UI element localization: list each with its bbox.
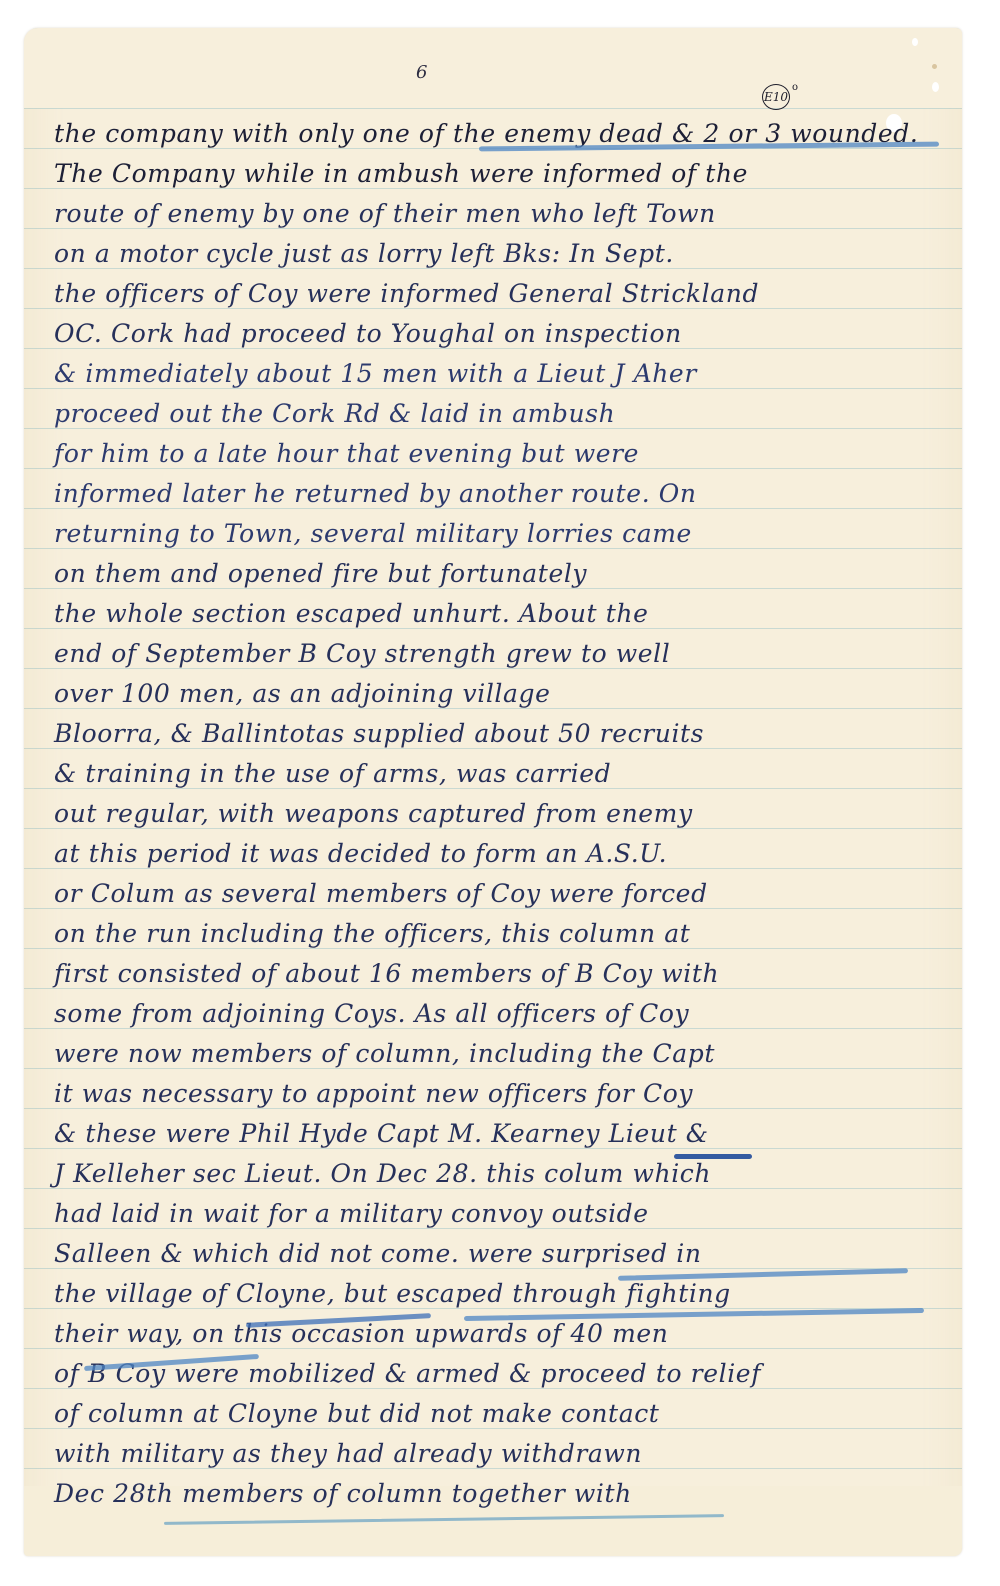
text-line: J Kelleher sec Lieut. On Dec 28. this co… bbox=[54, 1154, 944, 1194]
text-line: OC. Cork had proceed to Youghal on inspe… bbox=[54, 314, 944, 354]
text-line: proceed out the Cork Rd & laid in ambush bbox=[54, 394, 944, 434]
text-line: at this period it was decided to form an… bbox=[54, 834, 944, 874]
text-line: end of September B Coy strength grew to … bbox=[54, 634, 944, 674]
text-line: it was necessary to appoint new officers… bbox=[54, 1074, 944, 1114]
text-line: Salleen & which did not come. were surpr… bbox=[54, 1234, 944, 1274]
text-line: first consisted of about 16 members of B… bbox=[54, 954, 944, 994]
archive-reference-suffix: o bbox=[792, 82, 798, 93]
blue-underline bbox=[674, 1154, 752, 1159]
punch-hole-icon bbox=[912, 38, 918, 46]
handwritten-text-body: the company with only one of the enemy d… bbox=[54, 114, 944, 1514]
text-line: on the run including the officers, this … bbox=[54, 914, 944, 954]
text-line: on them and opened fire but fortunately bbox=[54, 554, 944, 594]
ink-stain bbox=[932, 64, 937, 69]
text-line: the whole section escaped unhurt. About … bbox=[54, 594, 944, 634]
text-line: & immediately about 15 men with a Lieut … bbox=[54, 354, 944, 394]
text-line: with military as they had already withdr… bbox=[54, 1434, 944, 1474]
text-line: for him to a late hour that evening but … bbox=[54, 434, 944, 474]
manuscript-page: 6 E10 o the company with only one of the… bbox=[24, 28, 962, 1556]
text-line: informed later he returned by another ro… bbox=[54, 474, 944, 514]
page-number: 6 bbox=[416, 62, 427, 83]
text-line: some from adjoining Coys. As all officer… bbox=[54, 994, 944, 1034]
text-line: the officers of Coy were informed Genera… bbox=[54, 274, 944, 314]
archive-reference-mark: E10 bbox=[762, 84, 790, 110]
text-line: or Colum as several members of Coy were … bbox=[54, 874, 944, 914]
text-line: & training in the use of arms, was carri… bbox=[54, 754, 944, 794]
text-line: Bloorra, & Ballintotas supplied about 50… bbox=[54, 714, 944, 754]
blue-underline bbox=[164, 1514, 724, 1525]
text-line: over 100 men, as an adjoining village bbox=[54, 674, 944, 714]
text-line: The Company while in ambush were informe… bbox=[54, 154, 944, 194]
text-line: had laid in wait for a military convoy o… bbox=[54, 1194, 944, 1234]
text-line: route of enemy by one of their men who l… bbox=[54, 194, 944, 234]
text-line: & these were Phil Hyde Capt M. Kearney L… bbox=[54, 1114, 944, 1154]
text-line: of column at Cloyne but did not make con… bbox=[54, 1394, 944, 1434]
text-line: the village of Cloyne, but escaped throu… bbox=[54, 1274, 944, 1314]
text-line: were now members of column, including th… bbox=[54, 1034, 944, 1074]
text-line: out regular, with weapons captured from … bbox=[54, 794, 944, 834]
punch-hole-icon bbox=[932, 82, 939, 92]
text-line: Dec 28th members of column together with bbox=[54, 1474, 944, 1514]
text-line: on a motor cycle just as lorry left Bks:… bbox=[54, 234, 944, 274]
text-line: returning to Town, several military lorr… bbox=[54, 514, 944, 554]
